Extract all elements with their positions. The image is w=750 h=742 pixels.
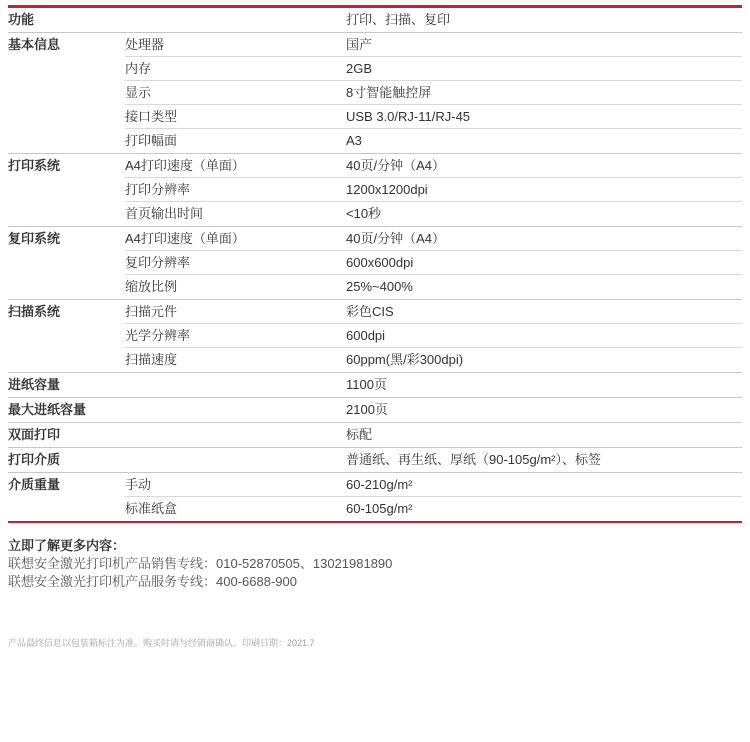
table-row: 1100页 (125, 373, 742, 397)
more-info-heading: 立即了解更多内容： (8, 536, 742, 555)
table-row: 首页输出时间 <10秒 (125, 202, 742, 226)
table-row: 打印幅面 A3 (125, 129, 742, 153)
category-label: 打印系统 (8, 154, 125, 226)
category-label: 双面打印 (8, 423, 125, 447)
spec-value: A3 (346, 129, 742, 153)
service-hotline: 联想安全激光打印机产品服务专线：400-6688-900 (8, 573, 742, 591)
spec-value: USB 3.0/RJ-11/RJ-45 (346, 105, 742, 128)
spec-value: 8寸智能触控屏 (346, 81, 742, 104)
category-label: 扫描系统 (8, 300, 125, 372)
spec-label: 缩放比例 (125, 275, 346, 299)
table-row: 复印分辨率 600x600dpi (125, 251, 742, 275)
spec-value: 普通纸、再生纸、厚纸（90-105g/m²）、标签 (346, 448, 742, 472)
spec-label: 标准纸盒 (125, 497, 346, 521)
table-row: 内存 2GB (125, 57, 742, 81)
table-row: 标准纸盒 60-105g/m² (125, 497, 742, 521)
table-row: 2100页 (125, 398, 742, 422)
spec-value: 国产 (346, 33, 742, 56)
spec-value: 60-210g/m² (346, 473, 742, 496)
spec-value: 60-105g/m² (346, 497, 742, 521)
table-row: 打印、扫描、复印 (125, 8, 742, 32)
spec-section-paper-capacity: 进纸容量 1100页 (8, 373, 742, 398)
table-row: 处理器 国产 (125, 33, 742, 57)
spec-label (125, 373, 346, 397)
spec-value: 25%~400% (346, 275, 742, 299)
spec-label (125, 448, 346, 472)
spec-label: 光学分辨率 (125, 324, 346, 347)
spec-label: A4打印速度（单面） (125, 227, 346, 250)
spec-label: 扫描速度 (125, 348, 346, 372)
spec-value: 2100页 (346, 398, 742, 422)
spec-label: 复印分辨率 (125, 251, 346, 274)
spec-label (125, 8, 346, 32)
spec-value: 40页/分钟（A4） (346, 154, 742, 177)
disclaimer-text: 产品最终信息以包装箱标注为准。购买时请与经销商确认。印刷日期：2021.7 (8, 637, 742, 649)
spec-value: 1100页 (346, 373, 742, 397)
spec-label: 扫描元件 (125, 300, 346, 323)
spec-value: <10秒 (346, 202, 742, 226)
spec-value: 60ppm(黑/彩300dpi) (346, 348, 742, 372)
spec-value: 600x600dpi (346, 251, 742, 274)
spec-label: 打印幅面 (125, 129, 346, 153)
spec-section-copy-system: 复印系统 A4打印速度（单面） 40页/分钟（A4） 复印分辨率 600x600… (8, 227, 742, 300)
category-label: 最大进纸容量 (8, 398, 125, 422)
spec-label: 显示 (125, 81, 346, 104)
category-label: 进纸容量 (8, 373, 125, 397)
spec-label (125, 423, 346, 447)
spec-label: 首页输出时间 (125, 202, 346, 226)
sales-hotline: 联想安全激光打印机产品销售专线：010-52870505、13021981890 (8, 555, 742, 573)
spec-value: 标配 (346, 423, 742, 447)
table-row: 接口类型 USB 3.0/RJ-11/RJ-45 (125, 105, 742, 129)
spec-label: A4打印速度（单面） (125, 154, 346, 177)
spec-value: 彩色CIS (346, 300, 742, 323)
spec-section-duplex-print: 双面打印 标配 (8, 423, 742, 448)
table-row: 显示 8寸智能触控屏 (125, 81, 742, 105)
table-row: 扫描元件 彩色CIS (125, 300, 742, 324)
table-row: 手动 60-210g/m² (125, 473, 742, 497)
table-row: 缩放比例 25%~400% (125, 275, 742, 299)
table-row: 扫描速度 60ppm(黑/彩300dpi) (125, 348, 742, 372)
spec-section-print-media: 打印介质 普通纸、再生纸、厚纸（90-105g/m²）、标签 (8, 448, 742, 473)
footer: 立即了解更多内容： 联想安全激光打印机产品销售专线：010-52870505、1… (8, 523, 742, 649)
category-label: 介质重量 (8, 473, 125, 521)
spec-section-print-system: 打印系统 A4打印速度（单面） 40页/分钟（A4） 打印分辨率 1200x12… (8, 154, 742, 227)
spec-section-max-paper-capacity: 最大进纸容量 2100页 (8, 398, 742, 423)
table-row: 打印分辨率 1200x1200dpi (125, 178, 742, 202)
category-label: 功能 (8, 8, 125, 32)
table-row: 光学分辨率 600dpi (125, 324, 742, 348)
table-row: A4打印速度（单面） 40页/分钟（A4） (125, 227, 742, 251)
spec-label: 手动 (125, 473, 346, 496)
spec-label: 接口类型 (125, 105, 346, 128)
spec-label: 处理器 (125, 33, 346, 56)
spec-value: 打印、扫描、复印 (346, 8, 742, 32)
spec-section-function: 功能 打印、扫描、复印 (8, 8, 742, 33)
spec-label: 打印分辨率 (125, 178, 346, 201)
category-label: 复印系统 (8, 227, 125, 299)
spec-label (125, 398, 346, 422)
spec-section-scan-system: 扫描系统 扫描元件 彩色CIS 光学分辨率 600dpi 扫描速度 60ppm(… (8, 300, 742, 373)
table-row: 普通纸、再生纸、厚纸（90-105g/m²）、标签 (125, 448, 742, 472)
table-row: 标配 (125, 423, 742, 447)
spec-value: 40页/分钟（A4） (346, 227, 742, 250)
category-label: 基本信息 (8, 33, 125, 153)
spec-value: 2GB (346, 57, 742, 80)
spec-value: 1200x1200dpi (346, 178, 742, 201)
spec-table: 功能 打印、扫描、复印 基本信息 处理器 国产 内存 2GB 显示 8寸智能触控… (8, 5, 742, 523)
spec-section-media-weight: 介质重量 手动 60-210g/m² 标准纸盒 60-105g/m² (8, 473, 742, 521)
category-label: 打印介质 (8, 448, 125, 472)
spec-value: 600dpi (346, 324, 742, 347)
spec-label: 内存 (125, 57, 346, 80)
table-row: A4打印速度（单面） 40页/分钟（A4） (125, 154, 742, 178)
spec-section-basic-info: 基本信息 处理器 国产 内存 2GB 显示 8寸智能触控屏 接口类型 USB 3… (8, 33, 742, 154)
